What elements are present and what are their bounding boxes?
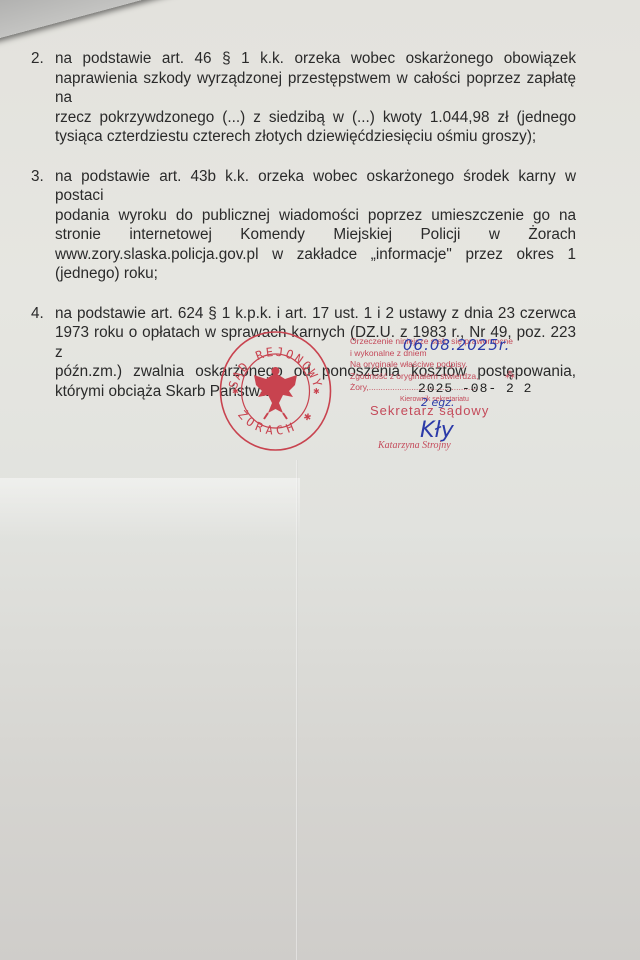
stamp-line: Na oryginale właściwe podpisy. (350, 359, 530, 371)
item-number: 2. (31, 49, 55, 147)
text-line: www.zory.slaska.policja.gov.pl w zakładc… (55, 245, 576, 265)
text-line: na podstawie art. 43b k.k. orzeka wobec … (55, 167, 576, 206)
item-number: 4. (31, 304, 55, 402)
text-line: naprawienia szkody wyrządzonej przestęps… (55, 69, 576, 108)
ruling-item-2: 2. na podstawie art. 46 § 1 k.k. orzeka … (31, 49, 576, 147)
red-mark-icon: ⁂ (505, 370, 513, 382)
paper-crease-vertical (296, 460, 298, 960)
handwritten-finality-date: 06.08.2025r. (403, 336, 510, 354)
text-line: (jednego) roku; (55, 264, 576, 284)
text-line: na podstawie art. 624 § 1 k.p.k. i art. … (55, 304, 576, 324)
ruling-item-3: 3. na podstawie art. 43b k.k. orzeka wob… (31, 167, 576, 284)
text-line: podania wyroku do publicznej wiadomości … (55, 206, 576, 226)
text-line: tysiąca czterdziestu czterech złotych dz… (55, 127, 576, 147)
text-line: na podstawie art. 46 § 1 k.k. orzeka wob… (55, 49, 576, 69)
text-line: stronie internetowej Komendy Miejskiej P… (55, 225, 576, 245)
item-number: 3. (31, 167, 55, 284)
stamp-name: Katarzyna Strojny (378, 440, 451, 451)
stamp-role: Sekretarz sądowy (370, 403, 489, 418)
paper-crease-horizontal (0, 478, 300, 538)
svg-text:✱: ✱ (232, 387, 239, 396)
item-text: na podstawie art. 46 § 1 k.k. orzeka wob… (55, 49, 576, 147)
text-line: rzecz pokrzywdzonego (...) z siedzibą w … (55, 108, 576, 128)
date-stamp: 2025 -08- 2 2 (418, 381, 532, 396)
item-text: na podstawie art. 43b k.k. orzeka wobec … (55, 167, 576, 284)
svg-text:✱: ✱ (313, 387, 320, 396)
court-seal: SĄD REJONOWY W ŻORACH ✱ 2 ✱ ✱ (218, 327, 333, 452)
overlapping-page-corner (0, 0, 316, 41)
eagle-emblem-icon (254, 367, 297, 419)
